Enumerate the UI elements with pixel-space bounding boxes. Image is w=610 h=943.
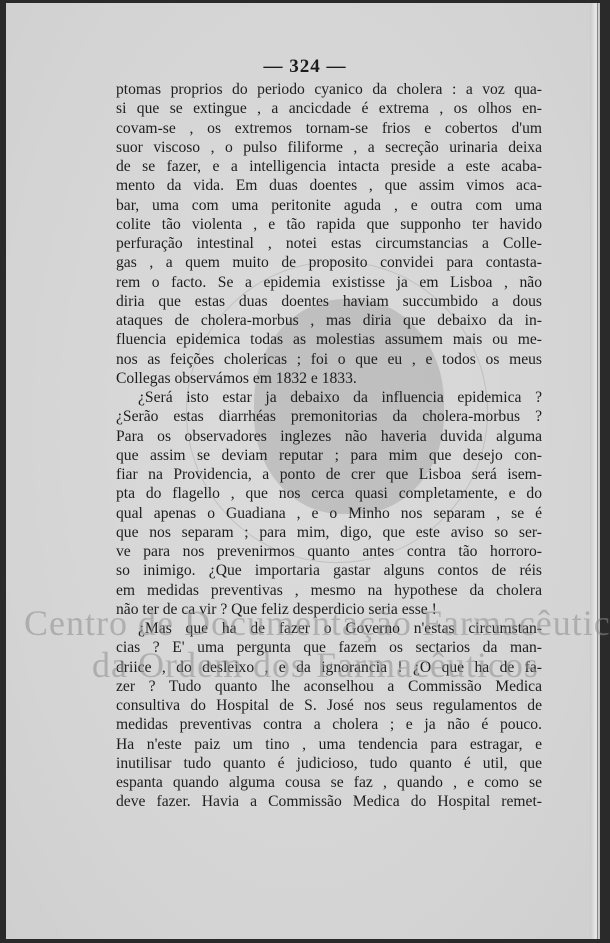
text-line: colite tão violenta , e tão rapida que s… (116, 215, 542, 234)
text-line: nos as feições cholericas ; foi o que eu… (116, 350, 542, 369)
text-line: fiar na Providencia, a ponto de crer que… (116, 465, 542, 484)
text-line: consultiva do Hospital de S. José nos se… (116, 696, 542, 715)
text-line: ¿Será isto estar ja debaixo da influenci… (116, 388, 542, 407)
page-number: — 324 — (0, 56, 610, 78)
text-line: perfuração intestinal , notei estas circ… (116, 234, 542, 253)
watermark-text-line-1: Centro de Documentação Farmacêutica (24, 602, 610, 644)
body-text: ptomas proprios do periodo cyanico da ch… (116, 80, 542, 812)
text-line: si que se extingue , a ancicdade é extre… (116, 99, 542, 118)
text-line: que nos separam ; para mim, digo, que es… (116, 523, 542, 542)
text-line: mento da vida. Em duas doentes , que ass… (116, 176, 542, 195)
text-line: Ha n'este paiz um tino , uma tendencia p… (116, 735, 542, 754)
text-line: covam-se , os extremos tornam-se frios e… (116, 119, 542, 138)
text-line: fluencia epidemica todas as molestias as… (116, 330, 542, 349)
text-line: de se fazer, e a intelligencia intacta p… (116, 157, 542, 176)
text-line: gas , a quem muito de proposito convidei… (116, 253, 542, 272)
text-line: espanta quando alguma cousa se faz , qua… (116, 773, 542, 792)
text-line: suor viscoso , o pulso filiforme , a sec… (116, 138, 542, 157)
text-line: que assim se deviam reputar ; para mim q… (116, 446, 542, 465)
page-edge (590, 3, 600, 939)
text-line: em medidas preventivas , mesmo na hypoth… (116, 581, 542, 600)
text-line: ataques de cholera-morbus , mas diria qu… (116, 311, 542, 330)
text-line: bar, uma com uma peritonite aguda , e ou… (116, 196, 542, 215)
text-line: Para os observadores inglezes não haveri… (116, 427, 542, 446)
text-line: medidas preventivas contra a cholera ; e… (116, 715, 542, 734)
watermark-text-line-2: da Ordem dos Farmacêuticos (92, 644, 539, 686)
text-line: diria que estas duas doentes haviam succ… (116, 292, 542, 311)
text-line: qual apenas o Guadiana , e o Minho nos s… (116, 504, 542, 523)
text-line: Collegas observámos em 1832 e 1833. (116, 369, 542, 388)
text-line: inutilisar tudo quanto é judicioso, tudo… (116, 754, 542, 773)
page-edge-line (597, 3, 598, 939)
text-line: deve fazer. Havia a Commissão Medica do … (116, 792, 542, 811)
text-line: so inimigo. ¿Que importaria gastar algun… (116, 561, 542, 580)
text-line: ve para nos prevenirmos quanto antes con… (116, 542, 542, 561)
text-line: pta do flagello , que nos cerca quasi co… (116, 484, 542, 503)
text-line: rem o facto. Se a epidemia existisse ja … (116, 273, 542, 292)
text-line: ptomas proprios do periodo cyanico da ch… (116, 80, 542, 99)
text-line: ¿Serão estas diarrhéas premonitorias da … (116, 407, 542, 426)
